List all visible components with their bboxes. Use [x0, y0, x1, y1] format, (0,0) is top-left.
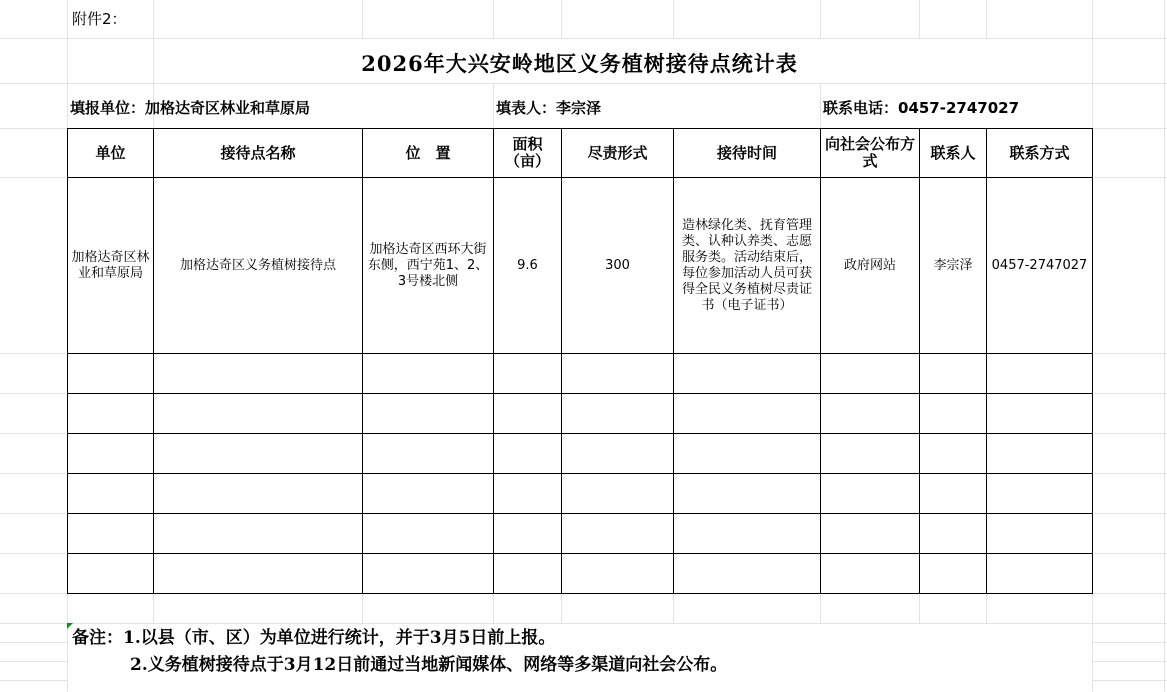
empty-cell[interactable]: [987, 554, 1093, 594]
gridline: [1092, 128, 1167, 129]
gridline: [0, 623, 1167, 624]
header-contact-phone[interactable]: 联系方式: [987, 129, 1093, 178]
gridline: [1092, 661, 1167, 662]
cell-publish-method[interactable]: 政府网站: [821, 178, 920, 354]
empty-cell[interactable]: [674, 514, 821, 554]
empty-cell[interactable]: [494, 354, 562, 394]
gridline: [0, 680, 67, 681]
empty-cell[interactable]: [154, 394, 363, 434]
empty-cell[interactable]: [920, 554, 987, 594]
empty-cell[interactable]: [987, 354, 1093, 394]
gridline: [1092, 553, 1167, 554]
gridline: [919, 0, 920, 38]
gridline: [986, 0, 987, 38]
statistics-table: 单位 接待点名称 位 置 面积（亩） 尽责形式 接待时间 向社会公布方式 联系人…: [67, 128, 1093, 594]
gridline: [919, 593, 920, 623]
form-filler[interactable]: 填表人：李宗泽: [496, 97, 601, 118]
gridline: [1092, 593, 1167, 594]
gridline: [1092, 353, 1167, 354]
gridline: [673, 593, 674, 623]
empty-cell[interactable]: [68, 394, 154, 434]
gridline: [0, 353, 67, 354]
empty-cell[interactable]: [562, 354, 674, 394]
gridline: [1092, 473, 1167, 474]
header-contact-person[interactable]: 联系人: [920, 129, 987, 178]
table-row-empty: [68, 394, 1093, 434]
gridline: [1092, 177, 1167, 178]
empty-cell[interactable]: [494, 514, 562, 554]
gridline: [0, 593, 67, 594]
empty-cell[interactable]: [154, 474, 363, 514]
empty-cell[interactable]: [68, 474, 154, 514]
gridline: [673, 0, 674, 38]
empty-cell[interactable]: [920, 514, 987, 554]
cell-contact-phone[interactable]: 0457-2747027: [987, 178, 1093, 354]
gridline: [1092, 433, 1167, 434]
empty-cell[interactable]: [363, 354, 494, 394]
empty-cell[interactable]: [562, 394, 674, 434]
empty-cell[interactable]: [987, 434, 1093, 474]
note-line-1: 备注：1.以县（市、区）为单位进行统计，并于3月5日前上报。: [72, 625, 727, 652]
header-reception-time[interactable]: 接待时间: [674, 129, 821, 178]
empty-cell[interactable]: [821, 434, 920, 474]
cell-duty-form[interactable]: 300: [562, 178, 674, 354]
gridline: [362, 0, 363, 38]
contact-phone-header[interactable]: 联系电话：0457-2747027: [823, 97, 1019, 118]
spreadsheet: 附件2： 2026年大兴安岭地区义务植树接待点统计表 填报单位：加格达奇区林业和…: [0, 0, 1167, 692]
gridline: [493, 0, 494, 38]
gridline: [0, 128, 67, 129]
empty-cell[interactable]: [363, 514, 494, 554]
gridline: [0, 177, 67, 178]
gridline: [493, 83, 494, 128]
gridline: [820, 83, 821, 128]
empty-cell[interactable]: [562, 514, 674, 554]
gridline: [986, 593, 987, 623]
cell-location[interactable]: 加格达奇区西环大街东侧，西宁苑1、2、3号楼北侧: [363, 178, 494, 354]
gridline: [1164, 0, 1165, 692]
empty-cell[interactable]: [987, 514, 1093, 554]
empty-cell[interactable]: [920, 434, 987, 474]
header-location[interactable]: 位 置: [363, 129, 494, 178]
empty-cell[interactable]: [821, 514, 920, 554]
gridline: [820, 593, 821, 623]
header-area[interactable]: 面积（亩）: [494, 129, 562, 178]
empty-cell[interactable]: [494, 474, 562, 514]
empty-cell[interactable]: [821, 474, 920, 514]
empty-cell[interactable]: [494, 394, 562, 434]
table-row: 加格达奇区林业和草原局 加格达奇区义务植树接待点 加格达奇区西环大街东侧，西宁苑…: [68, 178, 1093, 354]
empty-cell[interactable]: [154, 434, 363, 474]
empty-cell[interactable]: [562, 474, 674, 514]
header-duty-form[interactable]: 尽责形式: [562, 129, 674, 178]
gridline: [0, 642, 67, 643]
empty-cell[interactable]: [920, 354, 987, 394]
reporting-unit[interactable]: 填报单位：加格达奇区林业和草原局: [70, 97, 310, 118]
gridline: [0, 513, 67, 514]
header-unit[interactable]: 单位: [68, 129, 154, 178]
empty-cell[interactable]: [987, 474, 1093, 514]
cell-site-name[interactable]: 加格达奇区义务植树接待点: [154, 178, 363, 354]
cell-contact-person[interactable]: 李宗泽: [920, 178, 987, 354]
gridline: [561, 0, 562, 38]
empty-cell[interactable]: [562, 434, 674, 474]
table-row-empty: [68, 474, 1093, 514]
empty-cell[interactable]: [68, 514, 154, 554]
empty-cell[interactable]: [562, 554, 674, 594]
cell-area[interactable]: 9.6: [494, 178, 562, 354]
table-row-empty: [68, 514, 1093, 554]
cell-unit[interactable]: 加格达奇区林业和草原局: [68, 178, 154, 354]
gridline: [0, 661, 67, 662]
empty-cell[interactable]: [363, 394, 494, 434]
empty-cell[interactable]: [494, 554, 562, 594]
empty-cell[interactable]: [363, 554, 494, 594]
annex-label[interactable]: 附件2：: [72, 8, 127, 29]
empty-cell[interactable]: [154, 554, 363, 594]
header-publish-method[interactable]: 向社会公布方式: [821, 129, 920, 178]
empty-cell[interactable]: [494, 434, 562, 474]
gridline: [1092, 393, 1167, 394]
gridline: [561, 593, 562, 623]
empty-cell[interactable]: [363, 434, 494, 474]
gridline: [1092, 680, 1167, 681]
gridline: [0, 473, 67, 474]
gridline: [0, 83, 1167, 84]
empty-cell[interactable]: [674, 354, 821, 394]
empty-cell[interactable]: [821, 354, 920, 394]
table-row-empty: [68, 434, 1093, 474]
empty-cell[interactable]: [674, 554, 821, 594]
gridline: [0, 38, 1167, 39]
empty-cell[interactable]: [920, 474, 987, 514]
table-header-row: 单位 接待点名称 位 置 面积（亩） 尽责形式 接待时间 向社会公布方式 联系人…: [68, 129, 1093, 178]
gridline: [493, 593, 494, 623]
gridline: [0, 433, 67, 434]
empty-cell[interactable]: [363, 474, 494, 514]
empty-cell[interactable]: [68, 554, 154, 594]
empty-cell[interactable]: [821, 394, 920, 434]
empty-cell[interactable]: [821, 554, 920, 594]
empty-cell[interactable]: [987, 394, 1093, 434]
gridline: [153, 593, 154, 623]
gridline: [1092, 642, 1167, 643]
gridline: [1092, 513, 1167, 514]
header-site-name[interactable]: 接待点名称: [154, 129, 363, 178]
gridline: [362, 593, 363, 623]
empty-cell[interactable]: [68, 354, 154, 394]
gridline: [0, 553, 67, 554]
gridline: [820, 0, 821, 38]
table-row-empty: [68, 354, 1093, 394]
gridline: [0, 393, 67, 394]
empty-cell[interactable]: [920, 394, 987, 434]
empty-cell[interactable]: [674, 394, 821, 434]
cell-reception-time[interactable]: 造林绿化类、抚育管理类、认种认养类、志愿服务类。活动结束后，每位参加活动人员可获…: [674, 178, 821, 354]
table-row-empty: [68, 554, 1093, 594]
page-title[interactable]: 2026年大兴安岭地区义务植树接待点统计表: [67, 48, 1092, 78]
empty-cell[interactable]: [154, 354, 363, 394]
empty-cell[interactable]: [154, 514, 363, 554]
notes-block[interactable]: 备注：1.以县（市、区）为单位进行统计，并于3月5日前上报。 2.义务植树接待点…: [72, 625, 727, 679]
empty-cell[interactable]: [674, 474, 821, 514]
empty-cell[interactable]: [68, 434, 154, 474]
empty-cell[interactable]: [674, 434, 821, 474]
note-line-2: 2.义务植树接待点于3月12日前通过当地新闻媒体、网络等多渠道向社会公布。: [72, 652, 727, 679]
